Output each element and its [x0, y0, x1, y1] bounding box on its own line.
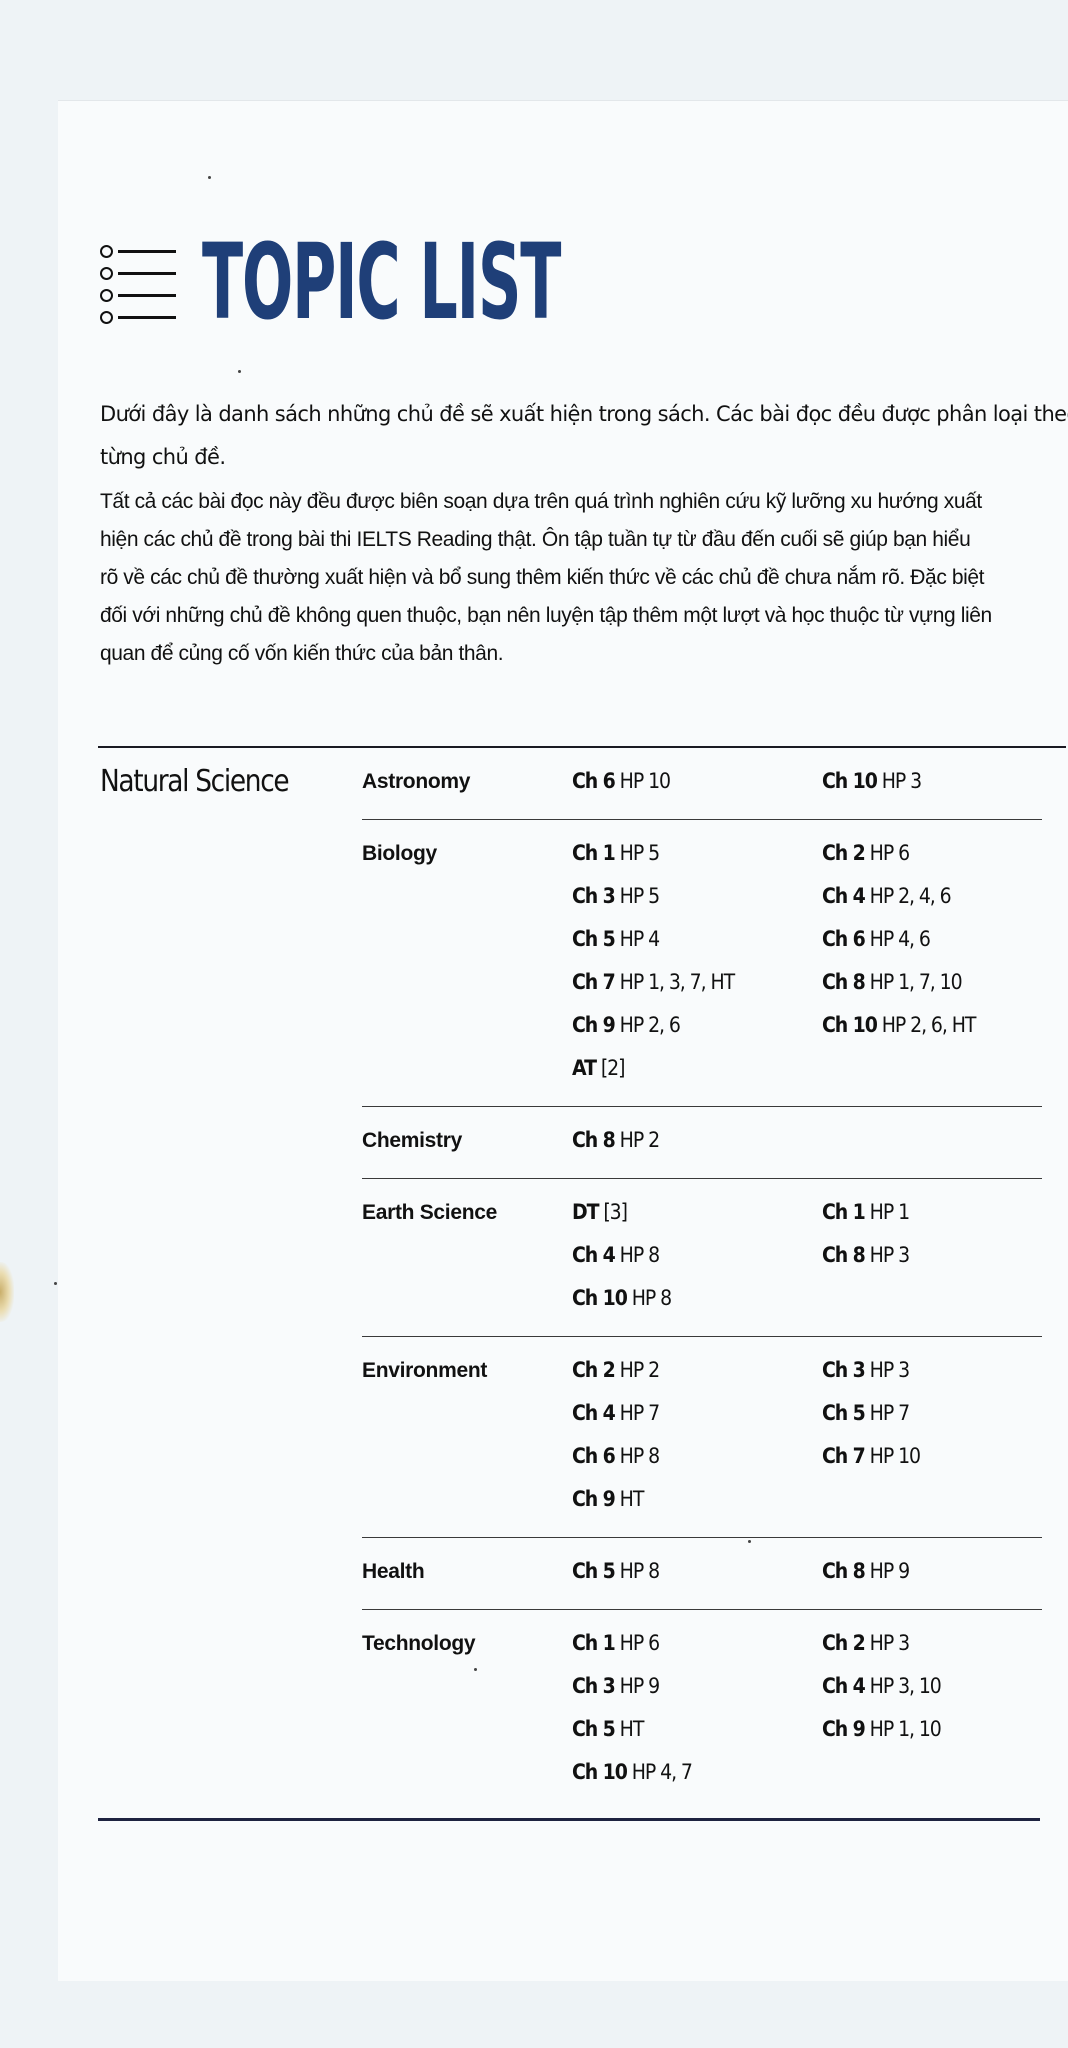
topic-table: AstronomyCh 6 HP 10Ch 10 HP 3BiologyCh 1… [362, 748, 1042, 1810]
chapter-reference: Ch 5 HP 7 [822, 1392, 1047, 1435]
chapter-number: Ch 10 [822, 1013, 877, 1037]
topic-entries: Ch 6 HP 10Ch 10 HP 3 [572, 760, 1068, 803]
topic-name: Environment [362, 1349, 572, 1521]
passage-reference: HP 6 [620, 1631, 659, 1655]
chapter-reference: Ch 6 HP 8 [572, 1435, 797, 1478]
chapter-number: Ch 8 [572, 1128, 615, 1152]
print-speck [208, 176, 211, 179]
chapter-reference: Ch 2 HP 2 [572, 1349, 797, 1392]
page-title: TOPIC LIST [202, 230, 560, 334]
topic-row: TechnologyCh 1 HP 6Ch 2 HP 3Ch 3 HP 9Ch … [362, 1609, 1042, 1810]
chapter-number: Ch 8 [822, 1559, 865, 1583]
chapter-reference: Ch 10 HP 4, 7 [572, 1751, 797, 1794]
passage-reference: HP 8 [620, 1243, 659, 1267]
chapter-number: Ch 2 [572, 1358, 615, 1382]
topic-row: AstronomyCh 6 HP 10Ch 10 HP 3 [362, 748, 1042, 819]
passage-reference: HP 10 [620, 769, 670, 793]
topic-row: EnvironmentCh 2 HP 2Ch 3 HP 3Ch 4 HP 7Ch… [362, 1336, 1042, 1537]
chapter-reference: Ch 4 HP 7 [572, 1392, 797, 1435]
chapter-reference: Ch 9 HP 2, 6 [572, 1004, 797, 1047]
passage-reference: HP 7 [870, 1401, 909, 1425]
passage-reference: HP 5 [620, 841, 659, 865]
passage-reference: [2] [601, 1056, 625, 1080]
passage-reference: HP 8 [620, 1559, 659, 1583]
passage-reference: HP 2, 6, HT [882, 1013, 976, 1037]
passage-reference: [3] [603, 1200, 627, 1224]
passage-reference: HP 2 [620, 1128, 659, 1152]
topic-entries: Ch 1 HP 5Ch 2 HP 6Ch 3 HP 5Ch 4 HP 2, 4,… [572, 832, 1068, 1090]
topic-name: Health [362, 1550, 572, 1593]
passage-reference: HP 6 [870, 841, 909, 865]
chapter-reference: Ch 3 HP 3 [822, 1349, 1047, 1392]
passage-reference: HP 3 [870, 1358, 909, 1382]
chapter-reference: Ch 6 HP 4, 6 [822, 918, 1047, 961]
topic-name: Earth Science [362, 1191, 572, 1320]
intro-line: Dưới đây là danh sách những chủ đề sẽ xu… [100, 393, 1068, 436]
passage-reference: HP 9 [870, 1559, 909, 1583]
chapter-reference: Ch 7 HP 1, 3, 7, HT [572, 961, 797, 1004]
passage-reference: HP 2, 6 [620, 1013, 680, 1037]
passage-reference: HP 8 [620, 1444, 659, 1468]
print-speck [54, 1282, 57, 1285]
chapter-number: Ch 4 [572, 1243, 615, 1267]
chapter-number: Ch 6 [572, 769, 615, 793]
chapter-reference: Ch 4 HP 8 [572, 1234, 797, 1277]
chapter-number: Ch 5 [572, 1717, 615, 1741]
topic-entries: Ch 2 HP 2Ch 3 HP 3Ch 4 HP 7Ch 5 HP 7Ch 6… [572, 1349, 1068, 1521]
chapter-number: Ch 3 [822, 1358, 865, 1382]
chapter-number: Ch 9 [822, 1717, 865, 1741]
chapter-number: Ch 4 [822, 884, 865, 908]
chapter-number: Ch 7 [572, 970, 615, 994]
print-speck [474, 1668, 477, 1671]
chapter-reference: Ch 2 HP 6 [822, 832, 1047, 875]
topic-entries: DT [3]Ch 1 HP 1Ch 4 HP 8Ch 8 HP 3Ch 10 H… [572, 1191, 1068, 1320]
category-label: Natural Science [100, 764, 288, 799]
print-speck [748, 1540, 751, 1543]
passage-reference: HP 4, 6 [870, 927, 930, 951]
chapter-reference: Ch 1 HP 6 [572, 1622, 797, 1665]
chapter-number: Ch 9 [572, 1487, 615, 1511]
chapter-reference: Ch 7 HP 10 [822, 1435, 1047, 1478]
chapter-reference: Ch 8 HP 2 [572, 1119, 797, 1162]
passage-reference: HP 3, 10 [870, 1674, 941, 1698]
chapter-reference: Ch 4 HP 3, 10 [822, 1665, 1047, 1708]
topic-entries: Ch 1 HP 6Ch 2 HP 3Ch 3 HP 9Ch 4 HP 3, 10… [572, 1622, 1068, 1794]
chapter-number: Ch 1 [572, 841, 615, 865]
chapter-reference: Ch 1 HP 1 [822, 1191, 1047, 1234]
chapter-number: Ch 6 [822, 927, 865, 951]
passage-reference: HP 10 [870, 1444, 920, 1468]
topic-row: HealthCh 5 HP 8Ch 8 HP 9 [362, 1537, 1042, 1609]
chapter-reference: Ch 10 HP 3 [822, 760, 1047, 803]
intro-line: rõ về các chủ đề thường xuất hiện và bổ … [100, 559, 1068, 597]
chapter-reference: Ch 9 HP 1, 10 [822, 1708, 1047, 1751]
chapter-number: Ch 4 [822, 1674, 865, 1698]
passage-reference: HP 1, 10 [870, 1717, 941, 1741]
passage-reference: HP 4 [620, 927, 659, 951]
chapter-number: Ch 2 [822, 1631, 865, 1655]
passage-reference: HP 2, 4, 6 [870, 884, 951, 908]
chapter-number: Ch 2 [822, 841, 865, 865]
topic-row: BiologyCh 1 HP 5Ch 2 HP 6Ch 3 HP 5Ch 4 H… [362, 819, 1042, 1106]
chapter-number: Ch 8 [822, 970, 865, 994]
topic-name: Astronomy [362, 760, 572, 803]
chapter-number: Ch 10 [572, 1286, 627, 1310]
page-header: TOPIC LIST [100, 232, 820, 332]
passage-reference: HT [620, 1717, 644, 1741]
chapter-number: DT [572, 1200, 598, 1224]
chapter-reference: Ch 5 HP 4 [572, 918, 797, 961]
chapter-number: Ch 8 [822, 1243, 865, 1267]
passage-reference: HP 4, 7 [632, 1760, 692, 1784]
intro-line: hiện các chủ đề trong bài thi IELTS Read… [100, 521, 1068, 559]
passage-reference: HT [620, 1487, 644, 1511]
topic-name: Technology [362, 1622, 572, 1794]
passage-reference: HP 1 [870, 1200, 909, 1224]
chapter-reference: Ch 3 HP 9 [572, 1665, 797, 1708]
passage-reference: HP 1, 7, 10 [870, 970, 962, 994]
chapter-reference: Ch 8 HP 3 [822, 1234, 1047, 1277]
chapter-number: Ch 3 [572, 884, 615, 908]
chapter-reference: Ch 2 HP 3 [822, 1622, 1047, 1665]
chapter-reference: DT [3] [572, 1191, 797, 1234]
intro-paragraph-1: Dưới đây là danh sách những chủ đề sẽ xu… [100, 393, 1068, 479]
passage-reference: HP 2 [620, 1358, 659, 1382]
topic-name: Chemistry [362, 1119, 572, 1162]
intro-line: quan để củng cố vốn kiến thức của bản th… [100, 635, 1068, 673]
topic-entries: Ch 8 HP 2 [572, 1119, 1068, 1162]
chapter-reference: Ch 3 HP 5 [572, 875, 797, 918]
chapter-reference: Ch 1 HP 5 [572, 832, 797, 875]
chapter-number: Ch 10 [572, 1760, 627, 1784]
chapter-reference: Ch 5 HT [572, 1708, 797, 1751]
topic-row: Earth ScienceDT [3]Ch 1 HP 1Ch 4 HP 8Ch … [362, 1178, 1042, 1336]
chapter-reference: Ch 10 HP 2, 6, HT [822, 1004, 1047, 1047]
chapter-reference: AT [2] [572, 1047, 797, 1090]
passage-reference: HP 3 [870, 1243, 909, 1267]
chapter-number: Ch 9 [572, 1013, 615, 1037]
chapter-number: Ch 5 [822, 1401, 865, 1425]
chapter-number: Ch 7 [822, 1444, 865, 1468]
chapter-reference: Ch 8 HP 1, 7, 10 [822, 961, 1047, 1004]
chapter-number: Ch 10 [822, 769, 877, 793]
chapter-number: Ch 4 [572, 1401, 615, 1425]
chapter-number: Ch 5 [572, 927, 615, 951]
page-edge-smudge [0, 1262, 14, 1322]
print-speck [238, 370, 241, 373]
chapter-reference: Ch 9 HT [572, 1478, 797, 1521]
intro-line: Tất cả các bài đọc này đều được biên soạ… [100, 483, 1068, 521]
bulleted-list-icon [100, 237, 182, 327]
topic-entries: Ch 5 HP 8Ch 8 HP 9 [572, 1550, 1068, 1593]
passage-reference: HP 5 [620, 884, 659, 908]
passage-reference: HP 7 [620, 1401, 659, 1425]
chapter-number: Ch 6 [572, 1444, 615, 1468]
chapter-reference: Ch 8 HP 9 [822, 1550, 1047, 1593]
intro-line: đối với những chủ đề không quen thuộc, b… [100, 597, 1068, 635]
chapter-reference: Ch 4 HP 2, 4, 6 [822, 875, 1047, 918]
passage-reference: HP 3 [882, 769, 921, 793]
passage-reference: HP 8 [632, 1286, 671, 1310]
chapter-number: Ch 3 [572, 1674, 615, 1698]
chapter-number: Ch 1 [572, 1631, 615, 1655]
passage-reference: HP 9 [620, 1674, 659, 1698]
passage-reference: HP 1, 3, 7, HT [620, 970, 734, 994]
chapter-number: Ch 1 [822, 1200, 865, 1224]
table-bottom-rule [98, 1818, 1040, 1821]
chapter-reference: Ch 5 HP 8 [572, 1550, 797, 1593]
topic-row: ChemistryCh 8 HP 2 [362, 1106, 1042, 1178]
chapter-reference: Ch 6 HP 10 [572, 760, 797, 803]
intro-paragraph-2: Tất cả các bài đọc này đều được biên soạ… [100, 483, 1068, 673]
topic-name: Biology [362, 832, 572, 1090]
chapter-reference: Ch 10 HP 8 [572, 1277, 797, 1320]
passage-reference: HP 3 [870, 1631, 909, 1655]
chapter-number: AT [572, 1056, 596, 1080]
chapter-number: Ch 5 [572, 1559, 615, 1583]
intro-line: từng chủ đề. [100, 436, 1068, 479]
